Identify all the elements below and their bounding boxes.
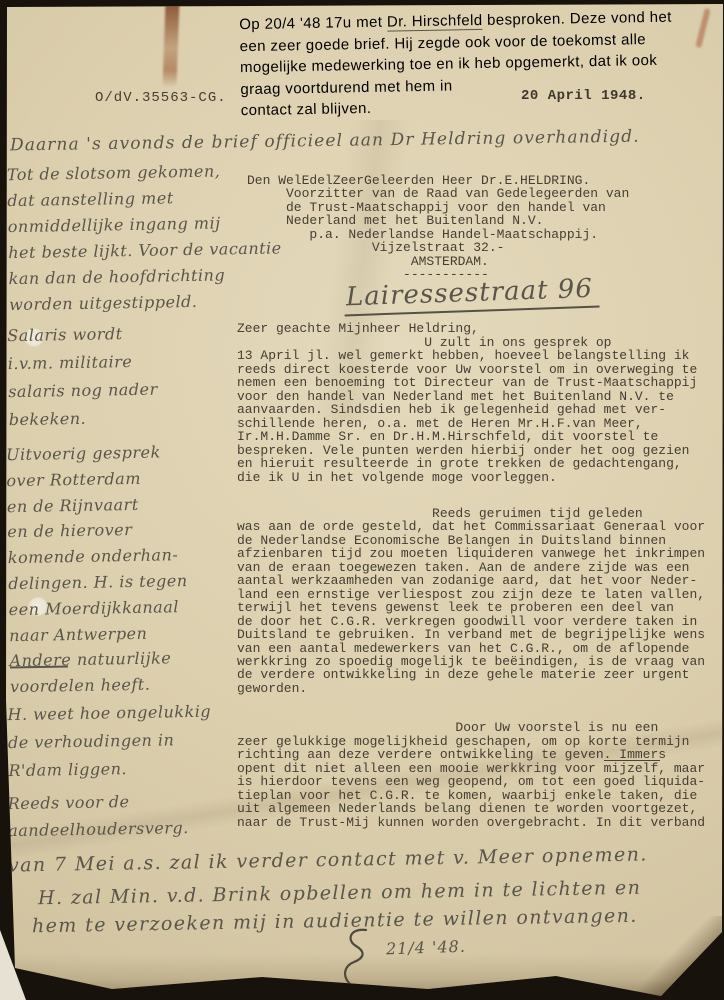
text-line: de verdere ontwikkeling in deze gehele m… — [237, 668, 705, 681]
text-line: de Trust-Maatschappij voor den handel va… — [247, 201, 629, 214]
text-line: opent dit niet alleen een mooie werkkrin… — [237, 762, 705, 775]
folded-corner — [636, 916, 724, 1000]
paragraph-3: Door Uw voorstel is nu eenzeer gelukkige… — [237, 721, 705, 829]
text-line: p.a. Nederlandse Handel-Maatschappij. — [247, 228, 629, 241]
text-line: van een aantal medewerkers van het C.G.R… — [237, 642, 705, 655]
bottom-note-line3: hem te verzoeken mij in audientie te wil… — [32, 905, 638, 938]
bottom-note-line1: van 7 Mei a.s. zal ik verder contact met… — [8, 843, 648, 876]
text-line: en hieruit resulteerde in grote trekken … — [237, 457, 705, 470]
reference-number: O/dV.35563-CG. — [95, 90, 227, 106]
underlined-name: Dr. Hirschfeld — [387, 12, 483, 32]
margin-note-aandeelhouders: Reeds voor deaandeelhoudersverg. — [8, 786, 259, 844]
text-line: afzienbaren tijd zou moeten liquideren v… — [237, 547, 705, 560]
text-line: van de eraan toegewezen taken. Aan de an… — [237, 561, 705, 574]
text-line: de door het C.G.R. verkregen goodwill vo… — [237, 615, 705, 628]
recipient-address-block: Den WelEdelZeerGeleerden Heer Dr.E.HELDR… — [247, 174, 629, 282]
paragraph-1: U zult in ons gesprek op13 April jl. wel… — [237, 336, 705, 484]
text-line: Duitsland te gebruiken. In verband met d… — [237, 628, 705, 641]
text-line: kan dan de hoofdrichting — [8, 262, 258, 292]
text-line: uit algemeen Nederlands belang dienen te… — [237, 802, 705, 815]
text-line: voor den handel van Nederland met het Bu… — [237, 390, 705, 403]
text-line: Salaris wordt — [7, 318, 257, 350]
text-line: Tot de slotsom gekomen, — [7, 158, 257, 188]
top-note-text: Op 20/4 '48 17u met — [239, 14, 387, 34]
letter-paper: Op 20/4 '48 17u met Dr. Hirschfeld bespr… — [0, 0, 724, 1000]
text-line: bespreken. Vele punten werden hierbij on… — [237, 444, 705, 457]
text-line: R'dam liggen. — [8, 753, 258, 785]
margin-note-verhoudingen: H. weet hoe ongelukkigde verhoudingen in… — [7, 697, 258, 785]
bottom-note-line2: H. zal Min. v.d. Brink opbellen om hem i… — [38, 877, 642, 910]
text-line: was aan de orde gesteld, dat het Commiss… — [237, 520, 705, 533]
text-line: voordelen heeft. — [10, 670, 260, 700]
text-line: zeer gelukkige mogelijkheid geschapen, o… — [237, 735, 705, 748]
margin-note-rotterdam: Uitvoerig gesprekover Rotterdamen de Rij… — [6, 438, 260, 700]
text-line: Voorzitter van de Raad van Gedelegeerden… — [247, 187, 629, 200]
rust-stain — [162, 0, 179, 88]
text-line: Den WelEdelZeerGeleerden Heer Dr.E.HELDR… — [247, 174, 629, 187]
handwritten-top-note: Op 20/4 '48 17u met Dr. Hirschfeld bespr… — [239, 6, 719, 122]
text-line: de verhoudingen in — [8, 725, 258, 757]
text-line: Reeds geruimen tijd geleden — [237, 507, 705, 520]
text-line: worden uitgestippeld. — [9, 288, 259, 318]
text-line: bekeken. — [9, 402, 259, 434]
text-line: aanvaarden. Sindsdien heb ik gelegenheid… — [237, 403, 705, 416]
text-line: Nederland met het Buitenland N.V. — [247, 214, 629, 227]
text-line: werkkring zo spoedig mogelijk te beëindi… — [237, 655, 705, 668]
letter-body: U zult in ons gesprek op13 April jl. wel… — [237, 336, 705, 829]
paragraph-2: Reeds geruimen tijd geledenwas aan de or… — [237, 507, 705, 695]
text-line: aantal werkzaamheden van zodanige aard, … — [237, 574, 705, 587]
text-line: de Nederlandse Economische Belangen in D… — [237, 534, 705, 547]
paper-bottom-fold — [0, 954, 724, 1000]
text-line: U zult in ons gesprek op — [237, 336, 705, 349]
text-line: AMSTERDAM. — [247, 255, 629, 268]
text-line: aandeelhoudersverg. — [8, 813, 258, 844]
text-line: Door Uw voorstel is nu een — [237, 721, 705, 734]
margin-note-salary: Salaris wordti.v.m. militairesalaris nog… — [7, 318, 259, 434]
text-line: is hierdoor tevens een weg geopend, om t… — [237, 775, 705, 788]
text-line: H. weet hoe ongelukkig — [7, 697, 257, 729]
margin-note-appointment: Tot de slotsom gekomen,dat aanstelling m… — [7, 158, 260, 318]
margin-note-delivery: Daarna 's avonds de brief officieel aan … — [10, 127, 640, 156]
top-note-lines: een zeer goede brief. Hij zegde ook voor… — [239, 27, 718, 121]
text-line: nemen een benoeming tot Directeur van de… — [237, 376, 705, 389]
typed-underline-immers — [604, 760, 660, 761]
text-line: Vijzelstraat 32.- — [247, 241, 629, 254]
text-line: geworden. — [237, 682, 705, 695]
text-line: 13 April jl. wel gemerkt hebben, hoeveel… — [237, 349, 705, 362]
salutation: Zeer geachte Mijnheer Heldring, — [237, 321, 479, 336]
text-line: i.v.m. militaire — [8, 346, 258, 378]
top-note-text: besproken. Deze vond het — [482, 9, 672, 29]
text-line: naar de Trust-Mij kunnen worden overgebr… — [237, 816, 705, 829]
text-line: reeds direct koesterde voor Uw voorstel … — [237, 363, 705, 376]
text-line: terwijl het tevens gewenst leek te probe… — [237, 601, 705, 614]
typed-date: 20 April 1948. — [521, 88, 646, 104]
text-line: tieplan voor het C.G.R. te komen, waarbi… — [237, 789, 705, 802]
scanned-letter-page: Op 20/4 '48 17u met Dr. Hirschfeld bespr… — [0, 0, 724, 1000]
text-line: die ik U in het volgende moge voorleggen… — [237, 471, 705, 484]
text-line: schillende heren, o.a. met de Heren Mr.H… — [237, 417, 705, 430]
text-line: land een ernstige verliespost zou zijn d… — [237, 588, 705, 601]
text-line: Ir.M.H.Damme Sr. en Dr.H.M.Hirschfeld, d… — [237, 430, 705, 443]
text-line: salaris nog nader — [8, 374, 258, 406]
